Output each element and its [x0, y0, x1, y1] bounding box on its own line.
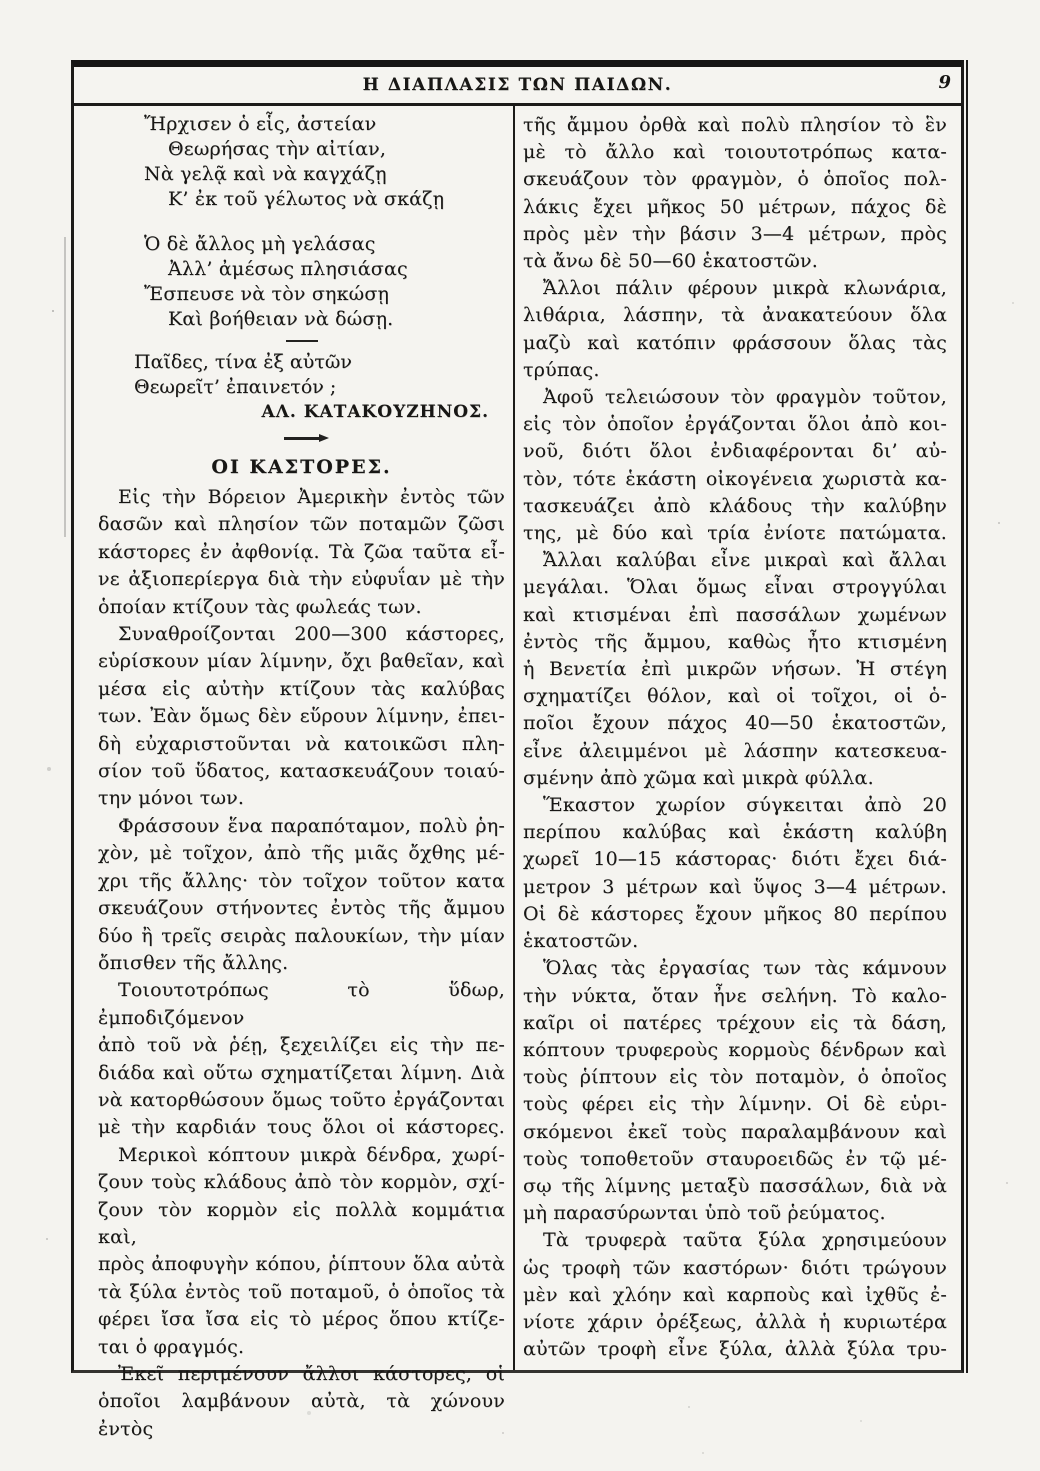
text-line: ζουν τοὺς κλάδους ἀπὸ τὸν κορμὸν, σχί-	[98, 1169, 505, 1196]
text-line: την μόνοι των.	[98, 785, 505, 812]
text-line: μέσα εἰς αὐτὴν κτίζουν τὰς καλύβας	[98, 676, 505, 703]
text-line: νίοτε χάριν ὀρέξεως, ἀλλὰ ἡ κυριωτέρα	[523, 1309, 947, 1336]
poem-stanza: Ἤρχισεν ὁ εἷς, ἀστείανΘεωρήσας τὴν αἰτία…	[98, 112, 505, 212]
page-number: 9	[938, 72, 951, 93]
text-line: εὑρίσκουν μίαν λίμνην, ὄχι βαθεῖαν, καὶ	[98, 648, 505, 675]
text-line: σῳ τῆς λίμνης μεταξὺ πασσάλων, διὰ νὰ	[523, 1173, 947, 1200]
text-line: μετρον 3 μέτρων καὶ ὕψος 3—4 μέτρων.	[523, 874, 947, 901]
text-line: σμένην ἀπὸ χῶμα καὶ μικρὰ φύλλα.	[523, 765, 947, 792]
text-line: τὰ ξύλα ἐντὸς τοῦ ποταμοῦ, ὁ ὁποῖος τὰ	[98, 1279, 505, 1306]
article-text-right: τῆς ἄμμου ὀρθὰ καὶ πολὺ πλησίον τὸ ἓνμὲ …	[523, 112, 947, 1363]
text-line: χωρεῖ 10—15 κάστορας· διότι ἔχει διά-	[523, 846, 947, 873]
text-line: Φράσσουν ἕνα παραπόταμον, πολὺ ῥη-	[98, 813, 505, 840]
text-line: Τοιουτοτρόπως τὸ ὕδωρ, ἐμποδιζόμενον	[98, 977, 505, 1032]
poem: Ἤρχισεν ὁ εἷς, ἀστείανΘεωρήσας τὴν αἰτία…	[98, 112, 505, 332]
text-line: ζουν τὸν κορμὸν εἰς πολλὰ κομμάτια καὶ,	[98, 1197, 505, 1252]
text-line: τοὺς ῥίπτουν εἰς τὸν ποταμὸν, ὁ ὁποῖος	[523, 1064, 947, 1091]
article-text-left: Εἰς τὴν Βόρειον Ἀμερικὴν ἐντὸς τῶνδασῶν …	[98, 484, 505, 1443]
text-line: Ἀφοῦ τελειώσουν τὸν φραγμὸν τοῦτον,	[523, 384, 947, 411]
text-line: ἐντὸς τῆς ἄμμου, καθὼς ἦτο κτισμένη	[523, 629, 947, 656]
text-line: κάστορες ἐν ἀφθονίᾳ. Τὰ ζῶα ταῦτα εἶ-	[98, 539, 505, 566]
text-line: διάδα καὶ οὕτω σχηματίζεται λίμνη. Διὰ	[98, 1060, 505, 1087]
article-column-left: Ἤρχισεν ὁ εἷς, ἀστείανΘεωρήσας τὴν αἰτία…	[74, 106, 515, 1370]
poem-line: Ὁ δὲ ἄλλος μὴ γελάσας	[98, 232, 505, 257]
text-line: λάκις ἔχει μῆκος 50 μέτρων, πάχος δὲ	[523, 194, 947, 221]
text-line: Τὰ τρυφερὰ ταῦτα ξύλα χρησιμεύουν	[523, 1227, 947, 1254]
text-line: νε ἀξιοπερίεργα διὰ τὴν εὐφυΐαν μὲ τὴν	[98, 566, 505, 593]
text-line: Ὅλας τὰς ἐργασίας των τὰς κάμνουν	[523, 955, 947, 982]
text-line: σκευάζουν στήνοντες ἐντὸς τῆς ἄμμου	[98, 895, 505, 922]
text-line: δύο ἢ τρεῖς σειρὰς παλουκίων, τὴν μίαν	[98, 923, 505, 950]
text-line: Ἐκεῖ περιμένουν ἄλλοι κάστορες, οἱ	[98, 1361, 505, 1388]
masthead-title: Η ΔΙΑΠΛΑΣΙΣ ΤΩΝ ΠΑΙΔΩΝ.	[363, 75, 673, 95]
article-title: ΟΙ ΚΑΣΤΟΡΕΣ.	[98, 451, 505, 484]
text-line: εἶνε ἀλειμμένοι μὲ λάσπην κατεσκευα-	[523, 738, 947, 765]
text-line: Μερικοὶ κόπτουν μικρὰ δένδρα, χωρί-	[98, 1142, 505, 1169]
text-line: σχηματίζει θόλον, καὶ οἱ τοῖχοι, οἱ ὁ-	[523, 683, 947, 710]
text-line: λιθάρια, λάσπην, τὰ ἀνακατεύουν ὅλα	[523, 302, 947, 329]
text-line: Ἄλλοι πάλιν φέρουν μικρὰ κλωνάρια,	[523, 275, 947, 302]
text-line: φέρει ἴσα ἴσα εἰς τὸ μέρος ὅπου κτίζε-	[98, 1306, 505, 1333]
text-line: χὸν, μὲ τοῖχον, ἀπὸ τῆς μιᾶς ὄχθης μέ-	[98, 840, 505, 867]
text-line: τὰ ἄνω δὲ 50—60 ἑκατοστῶν.	[523, 248, 947, 275]
text-line: ὄπισθεν τῆς ἄλλης.	[98, 950, 505, 977]
text-line: ὡς τροφὴ τῶν καστόρων· διότι τρώγουν	[523, 1255, 947, 1282]
text-line: δασῶν καὶ πλησίον τῶν ποταμῶν ζῶσι	[98, 511, 505, 538]
poem-stanza: Ὁ δὲ ἄλλος μὴ γελάσαςἈλλ’ ἀμέσως πλησιάσ…	[98, 232, 505, 332]
text-line: Ἄλλαι καλύβαι εἶνε μικραὶ καὶ ἄλλαι	[523, 547, 947, 574]
text-line: τῆς ἄμμου ὀρθὰ καὶ πολὺ πλησίον τὸ ἓν	[523, 112, 947, 139]
text-line: μὲ τὴν καρδιάν τους ὅλοι οἱ κάστορες.	[98, 1114, 505, 1141]
author-signature: ΑΛ. ΚΑΤΑΚΟΥΖΗΝΟΣ.	[98, 400, 505, 425]
text-line: Ἕκαστον χωρίον σύγκειται ἀπὸ 20	[523, 792, 947, 819]
text-line: εἰς τὸν ὁποῖον ἐργάζονται ὅλοι ἀπὸ κοι-	[523, 411, 947, 438]
text-line: τρύπας.	[523, 357, 947, 384]
text-line: νὰ κατορθώσουν ὅμως τοῦτο ἐργάζονται	[98, 1087, 505, 1114]
text-line: σίον τοῦ ὕδατος, κατασκευάζουν τοιαύ-	[98, 758, 505, 785]
text-line: περίπου καλύβας καὶ ἑκάστη καλύβη	[523, 819, 947, 846]
poem-line: Ἤρχισεν ὁ εἷς, ἀστείαν	[98, 112, 505, 137]
text-line: δὴ εὐχαριστοῦνται νὰ κατοικῶσι πλη-	[98, 731, 505, 758]
text-line: καῖρι οἱ πατέρες τρέχουν εἰς τὰ δάση,	[523, 1010, 947, 1037]
text-line: ἀπὸ τοῦ νὰ ῥέῃ, ξεχειλίζει εἰς τὴν πε-	[98, 1032, 505, 1059]
text-line: ὁποίαν κτίζουν τὰς φωλεάς των.	[98, 594, 505, 621]
poem-line: Ἀλλ’ ἀμέσως πλησιάσας	[98, 257, 505, 282]
text-line: Οἱ δὲ κάστορες ἔχουν μῆκος 80 περίπου	[523, 901, 947, 928]
section-divider-row	[98, 425, 505, 451]
text-line: τοὺς φέρει εἰς τὴν λίμνην. Οἱ δὲ εὑρι-	[523, 1091, 947, 1118]
text-line: Συναθροίζονται 200—300 κάστορες,	[98, 621, 505, 648]
article-column-right: τῆς ἄμμου ὀρθὰ καὶ πολὺ πλησίον τὸ ἓνμὲ …	[515, 106, 961, 1370]
poem-divider-row	[98, 332, 505, 350]
text-line: των. Ἐὰν ὅμως δὲν εὕρουν λίμνην, ἐπει-	[98, 703, 505, 730]
text-line: της, μὲ δύο καὶ τρία ἐνίοτε πατώματα.	[523, 520, 947, 547]
text-line: μὲ τὸ ἄλλο καὶ τοιουτοτρόπως κατα-	[523, 139, 947, 166]
text-line: πρὸς ἀποφυγὴν κόπου, ῥίπτουν ὅλα αὐτὰ	[98, 1251, 505, 1278]
text-line: σκευάζουν τὸν φραγμὸν, ὁ ὁποῖος πολ-	[523, 166, 947, 193]
poem-line: Καὶ βοήθειαν νὰ δώσῃ.	[98, 307, 505, 332]
text-line: νοῦ, διότι ὅλοι ἐνδιαφέρονται δι’ αὐ-	[523, 438, 947, 465]
text-line: ὁποῖοι λαμβάνουν αὐτὰ, τὰ χώνουν ἐντὸς	[98, 1388, 505, 1443]
masthead: Η ΔΙΑΠΛΑΣΙΣ ΤΩΝ ΠΑΙΔΩΝ. 9	[74, 67, 961, 106]
text-line: ἑκατοστῶν.	[523, 928, 947, 955]
text-line: μαζὺ καὶ κατόπιν φράσσουν ὅλας τὰς	[523, 330, 947, 357]
poem-question-line: Θεωρεῖτ’ ἐπαινετόν ;	[98, 375, 505, 400]
poem-question-line: Παῖδες, τίνα ἐξ αὐτῶν	[98, 350, 505, 375]
text-line: πρὸς μὲν τὴν βάσιν 3—4 μέτρων, πρὸς	[523, 221, 947, 248]
text-line: μὲν καὶ χλόην καὶ καρποὺς καὶ ἰχθῦς ἐ-	[523, 1282, 947, 1309]
text-line: ποῖοι ἔχουν πάχος 40—50 ἑκατοστῶν,	[523, 710, 947, 737]
poem-line: Κ’ ἐκ τοῦ γέλωτος νὰ σκάζῃ	[98, 187, 505, 212]
text-line: τασκευάζει ἀπὸ κλάδους τὴν καλύβην	[523, 493, 947, 520]
text-line: σκόμενοι ἐκεῖ τοὺς παραλαμβάνουν καὶ	[523, 1119, 947, 1146]
text-line: αὐτῶν τροφὴ εἶνε ξύλα, ἀλλὰ ξύλα τρυ-	[523, 1336, 947, 1363]
poem-divider-rule	[286, 340, 318, 342]
page-frame: Η ΔΙΑΠΛΑΣΙΣ ΤΩΝ ΠΑΙΔΩΝ. 9 Ἤρχισεν ὁ εἷς,…	[71, 60, 964, 1373]
poem-line: Νὰ γελᾷ καὶ νὰ καγχάζῃ	[98, 162, 505, 187]
text-line: κόπτουν τρυφεροὺς κορμοὺς δένδρων καὶ	[523, 1037, 947, 1064]
text-line: χρι τῆς ἄλλης· τὸν τοῖχον τοῦτον κατα	[98, 868, 505, 895]
scanned-page: { "header": { "title": "Η ΔΙΑΠΛΑΣΙΣ ΤΩΝ …	[0, 0, 1040, 1471]
text-line: καὶ κτισμέναι ἐπὶ πασσάλων χωμένων	[523, 602, 947, 629]
text-line: τὸν, τότε ἑκάστη οἰκογένεια χωριστὰ κα-	[523, 466, 947, 493]
scan-noise	[0, 0, 2, 2]
text-line: ται ὁ φραγμός.	[98, 1334, 505, 1361]
poem-line: Θεωρήσας τὴν αἰτίαν,	[98, 137, 505, 162]
text-line: Εἰς τὴν Βόρειον Ἀμερικὴν ἐντὸς τῶν	[98, 484, 505, 511]
text-line: τὴν νύκτα, ὅταν ἦνε σελήνη. Τὸ καλο-	[523, 983, 947, 1010]
poem-line: Ἔσπευσε νὰ τὸν σηκώσῃ	[98, 282, 505, 307]
text-line: ἡ Βενετία ἐπὶ μικρῶν νήσων. Ἡ στέγη	[523, 656, 947, 683]
section-divider-ornament	[284, 437, 320, 440]
text-line: μεγάλαι. Ὅλαι ὅμως εἶναι στρογγύλαι	[523, 574, 947, 601]
text-line: τοὺς τοποθετοῦν σταυροειδῶς ἐν τῷ μέ-	[523, 1146, 947, 1173]
text-columns: Ἤρχισεν ὁ εἷς, ἀστείανΘεωρήσας τὴν αἰτία…	[74, 106, 961, 1370]
text-line: μὴ παρασύρωνται ὑπὸ τοῦ ῥεύματος.	[523, 1200, 947, 1227]
